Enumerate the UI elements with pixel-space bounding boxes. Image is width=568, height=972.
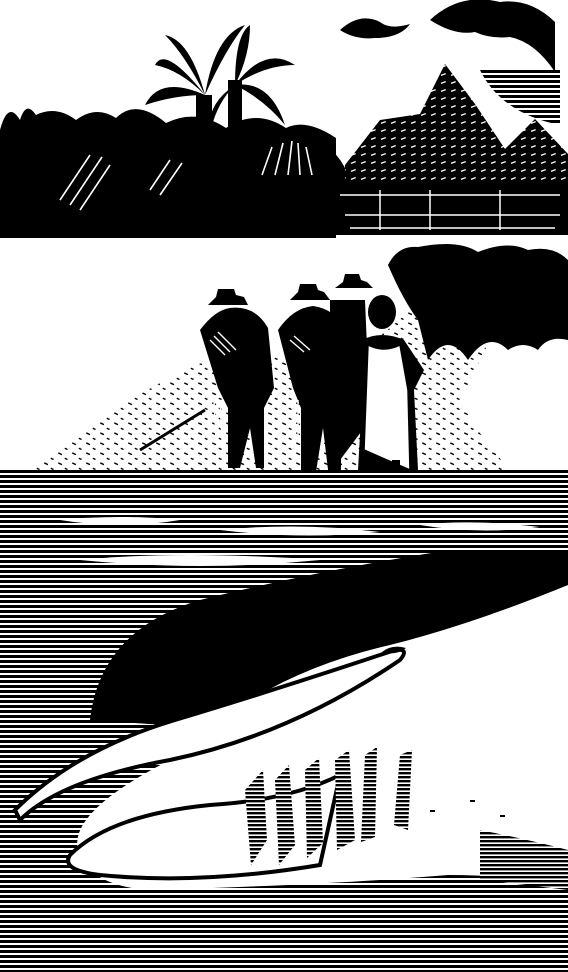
top-landscape — [0, 0, 568, 238]
shore-scene — [0, 244, 568, 500]
woodcut-illustration — [0, 0, 568, 972]
